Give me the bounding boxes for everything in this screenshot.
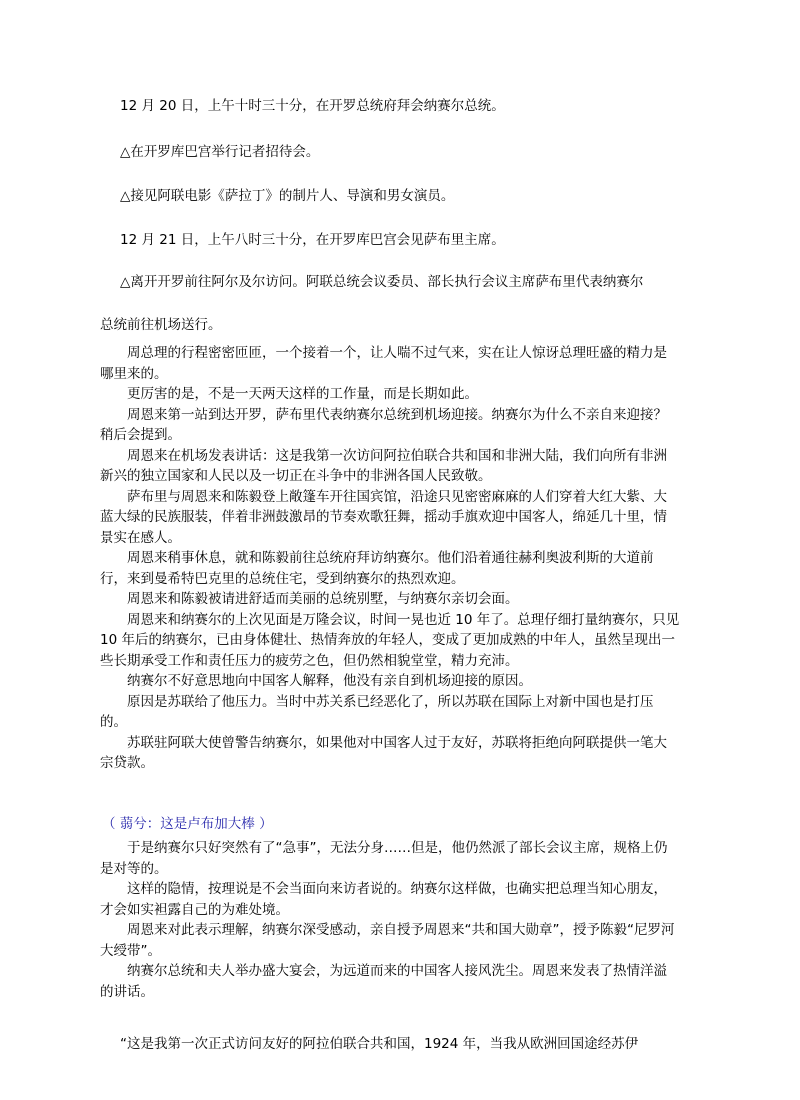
paragraph: 于是纳赛尔只好突然有了“急事”，无法分身……但是，他仍然派了部长会议主席，规格上… [100, 838, 680, 879]
paragraph: 这样的隐情，按理说是不会当面向来访者说的。纳赛尔这样做，也确实把总理当知心朋友，… [100, 879, 680, 920]
paragraph: 周恩来稍事休息，就和陈毅前往总统府拜访纳赛尔。他们沿着通往赫利奥波利斯的大道前行… [100, 548, 680, 589]
schedule-line: 12 月 20 日，上午十时三十分，在开罗总统府拜会纳赛尔总统。 [120, 96, 505, 116]
paragraph: 萨布里与周恩来和陈毅登上敞篷车开往国宾馆，沿途只见密密麻麻的人们穿着大红大紫、大… [100, 487, 680, 549]
paragraph: 周恩来在机场发表讲话：这是我第一次访问阿拉伯联合共和国和非洲大陆，我们向所有非洲… [100, 446, 680, 487]
body-section-b: 于是纳赛尔只好突然有了“急事”，无法分身……但是，他仍然派了部长会议主席，规格上… [0, 838, 800, 1002]
schedule-line-wrap: 总统前往机场送行。 [100, 315, 222, 335]
schedule-line: △在开罗库巴宫举行记者招待会。 [120, 142, 319, 162]
paragraph: 更厉害的是，不是一天两天这样的工作量，而是长期如此。 [100, 384, 680, 405]
paragraph: 苏联驻阿联大使曾警告纳赛尔，如果他对中国客人过于友好，苏联将拒绝向阿联提供一笔大… [100, 733, 680, 774]
paragraph: 周恩来第一站到达开罗，萨布里代表纳赛尔总统到机场迎接。纳赛尔为什么不亲自来迎接？… [100, 405, 680, 446]
paragraph: 周恩来对此表示理解，纳赛尔深受感动，亲自授予周恩来“共和国大勋章”，授予陈毅“尼… [100, 920, 680, 961]
editor-note: （ 蒻兮：这是卢布加大棒 ） [102, 812, 273, 832]
body-section-a: 周总理的行程密密匝匝，一个接着一个，让人喘不过气来，实在让人惊讶总理旺盛的精力是… [0, 343, 800, 774]
paragraph: 周恩来和陈毅被请进舒适而美丽的总统别墅，与纳赛尔亲切会面。 [100, 589, 680, 610]
paragraph: 周恩来和纳赛尔的上次见面是万隆会议，时间一晃也近 10 年了。总理仔细打量纳赛尔… [100, 610, 680, 672]
paragraph: 周总理的行程密密匝匝，一个接着一个，让人喘不过气来，实在让人惊讶总理旺盛的精力是… [100, 343, 680, 384]
paragraph: 纳赛尔总统和夫人举办盛大宴会，为远道而来的中国客人接风洗尘。周恩来发表了热情洋溢… [100, 961, 680, 1002]
schedule-line: △离开开罗前往阿尔及尔访问。阿联总统会议委员、部长执行会议主席萨布里代表纳赛尔 [120, 272, 643, 292]
paragraph: 纳赛尔不好意思地向中国客人解释，他没有亲自到机场迎接的原因。 [100, 671, 680, 692]
paragraph: 原因是苏联给了他压力。当时中苏关系已经恶化了，所以苏联在国际上对新中国也是打压的… [100, 692, 680, 733]
document-page: 12 月 20 日，上午十时三十分，在开罗总统府拜会纳赛尔总统。 △在开罗库巴宫… [0, 0, 800, 1100]
speech-quote: “这是我第一次正式访问友好的阿拉伯联合共和国，1924 年，当我从欧洲回国途经苏… [120, 1032, 638, 1052]
schedule-line: 12 月 21 日，上午八时三十分，在开罗库巴宫会见萨布里主席。 [120, 230, 505, 250]
schedule-line: △接见阿联电影《萨拉丁》的制片人、导演和男女演员。 [120, 186, 454, 206]
